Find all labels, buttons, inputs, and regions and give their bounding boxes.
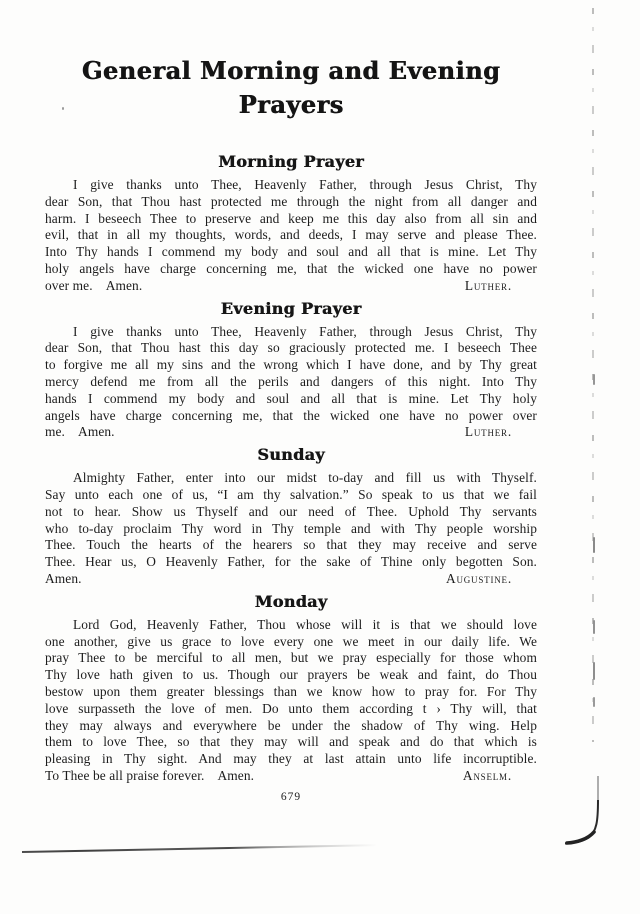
prayer-section: Sunday Almighty Father, enter into our m…	[45, 445, 537, 588]
paragraph-last-line: To Thee be all praise forever. Amen. Ans…	[45, 768, 537, 785]
scan-dash-artifact	[593, 374, 595, 385]
paragraph-line: I give thanks unto Thee, Heavenly Father…	[45, 177, 537, 194]
section-heading: Sunday	[45, 445, 537, 465]
last-line-text: over me. Amen.	[45, 278, 142, 295]
section-heading: Monday	[45, 592, 537, 612]
paragraph-line: to forgive me all my sins and the wrong …	[45, 357, 537, 374]
last-line-text: To Thee be all praise forever. Amen.	[45, 768, 254, 785]
paragraph-line: dear Son, that Thou hast protected me th…	[45, 194, 537, 211]
section-heading: Evening Prayer	[45, 299, 537, 319]
attribution: Luther.	[465, 424, 537, 441]
prayer-paragraph: Almighty Father, enter into our midst to…	[45, 470, 537, 571]
prayer-paragraph: Lord God, Heavenly Father, Thou whose wi…	[45, 617, 537, 768]
paragraph-line: evil, that in all my thoughts, words, an…	[45, 227, 537, 244]
paragraph-line: holy angels have charge concerning me, t…	[45, 261, 537, 278]
paragraph-last-line: me. Amen. Luther.	[45, 424, 537, 441]
last-line-text: Amen.	[45, 571, 82, 588]
paragraph-line: they may always and everywhere be under …	[45, 718, 537, 735]
paragraph-line: angels have charge concerning me, that t…	[45, 408, 537, 425]
paragraph-line: love surpasseth the love of men. Do unto…	[45, 701, 537, 718]
page-title: General Morning and Evening Prayers	[45, 54, 537, 122]
prayer-section: Morning Prayer I give thanks unto Thee, …	[45, 152, 537, 295]
attribution: Anselm.	[463, 768, 537, 785]
prayer-paragraph: I give thanks unto Thee, Heavenly Father…	[45, 177, 537, 278]
paragraph-line: Thy love hath given to us. Though our pr…	[45, 667, 537, 684]
attribution: Luther.	[465, 278, 537, 295]
prayer-paragraph: I give thanks unto Thee, Heavenly Father…	[45, 324, 537, 425]
ink-speck-artifact	[62, 107, 64, 110]
corner-curl-artifact	[555, 770, 619, 854]
paragraph-line: them to love Thee, so that they may will…	[45, 734, 537, 751]
paragraph-line: bestow upon them greater blessings than …	[45, 684, 537, 701]
paragraph-last-line: over me. Amen. Luther.	[45, 278, 537, 295]
paragraph-line: pleasing in Thy sight. And may they at l…	[45, 751, 537, 768]
paragraph-line: Into Thy hands I commend my body and sou…	[45, 244, 537, 261]
paragraph-line: Almighty Father, enter into our midst to…	[45, 470, 537, 487]
paragraph-line: harm. I beseech Thee to preserve and kee…	[45, 211, 537, 228]
last-line-text: me. Amen.	[45, 424, 115, 441]
paragraph-last-line: Amen. Augustine.	[45, 571, 537, 588]
paragraph-line: Thee. Touch the hearts of the hearers so…	[45, 537, 537, 554]
paragraph-line: one another, give us grace to love every…	[45, 634, 537, 651]
paragraph-line: dear Son, that Thou hast this day so gra…	[45, 340, 537, 357]
paragraph-line: hands I commend my body and soul and all…	[45, 391, 537, 408]
paragraph-line: Thee. Hear us, O Heavenly Father, for th…	[45, 554, 537, 571]
prayer-sections: Morning Prayer I give thanks unto Thee, …	[45, 152, 537, 785]
scan-dash-artifact	[593, 697, 595, 707]
scan-line-artifact	[22, 844, 377, 853]
paragraph-line: not to hear. Show us Thyself and our nee…	[45, 504, 537, 521]
paragraph-line: mercy defend me from all the perils and …	[45, 374, 537, 391]
paragraph-line: who to-day proclaim Thy word in Thy temp…	[45, 521, 537, 538]
prayer-section: Monday Lord God, Heavenly Father, Thou w…	[45, 592, 537, 785]
page-number: 679	[45, 791, 537, 803]
paragraph-line: pray Thee to be merciful to all men, but…	[45, 650, 537, 667]
paragraph-line: Lord God, Heavenly Father, Thou whose wi…	[45, 617, 537, 634]
scan-dash-artifact	[593, 662, 595, 680]
attribution: Augustine.	[446, 571, 537, 588]
prayer-section: Evening Prayer I give thanks unto Thee, …	[45, 299, 537, 442]
scan-dash-artifact	[593, 620, 595, 634]
paragraph-line: I give thanks unto Thee, Heavenly Father…	[45, 324, 537, 341]
scan-dash-artifact	[593, 537, 595, 553]
page-content: General Morning and Evening Prayers Morn…	[45, 0, 537, 803]
paragraph-line: Say unto each one of us, “I am thy salva…	[45, 487, 537, 504]
section-heading: Morning Prayer	[45, 152, 537, 172]
book-page: General Morning and Evening Prayers Morn…	[0, 0, 640, 914]
